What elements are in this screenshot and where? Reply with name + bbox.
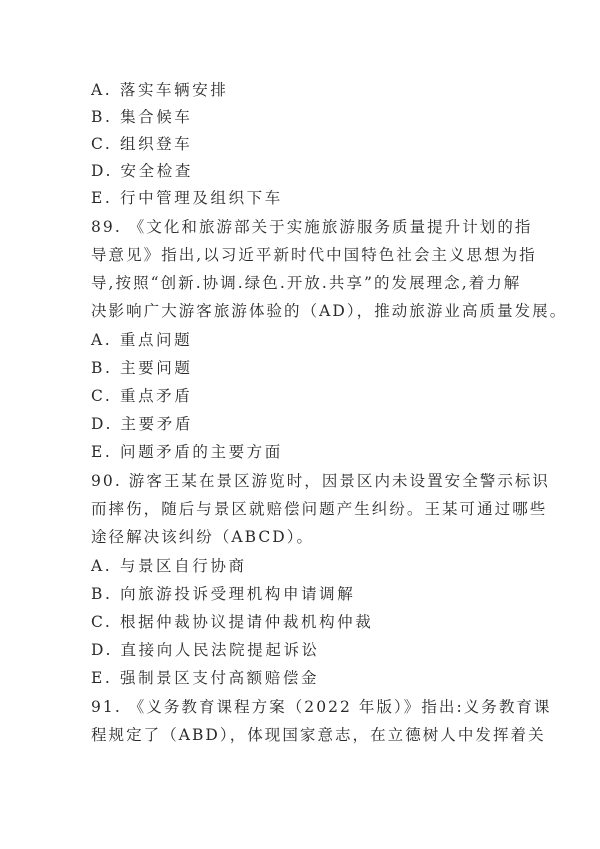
q89-option-d: D. 主要矛盾 — [91, 414, 511, 434]
q90-option-e: E. 强制景区支付高额赔偿金 — [91, 668, 511, 688]
q90-option-d: D. 直接向人民法院提起诉讼 — [91, 640, 511, 660]
q89-stem-line-2: 导意见》指出,以习近平新时代中国特色社会主义思想为指 — [91, 245, 511, 265]
q88-option-c: C. 组织登车 — [91, 134, 511, 154]
document-page: A. 落实车辆安排 B. 集合候车 C. 组织登车 D. 安全检查 E. 行中管… — [0, 0, 600, 849]
q91-stem-line-2: 程规定了（ABD），体现国家意志，在立德树人中发挥着关 — [91, 725, 511, 745]
q88-option-a: A. 落实车辆安排 — [91, 80, 511, 100]
q90-stem-line-2: 而摔伤，随后与景区就赔偿问题产生纠纷。王某可通过哪些 — [91, 499, 511, 519]
q89-option-c: C. 重点矛盾 — [91, 386, 511, 406]
q90-option-c: C. 根据仲裁协议提请仲裁机构仲裁 — [91, 612, 511, 632]
q90-stem-line-3: 途径解决该纠纷（ABCD）。 — [91, 527, 511, 547]
q88-option-b: B. 集合候车 — [91, 107, 511, 127]
q90-option-a: A. 与景区自行协商 — [91, 556, 511, 576]
q89-option-a: A. 重点问题 — [91, 330, 511, 350]
q90-stem-line-1: 90. 游客王某在景区游览时，因景区内未设置安全警示标识 — [91, 471, 511, 491]
q89-option-b: B. 主要问题 — [91, 358, 511, 378]
q89-stem-line-3: 导,按照“创新.协调.绿色.开放.共享”的发展理念,着力解 — [91, 273, 511, 293]
q91-stem-line-1: 91. 《义务教育课程方案（2022 年版）》指出:义务教育课 — [91, 697, 511, 717]
q90-option-b: B. 向旅游投诉受理机构申请调解 — [91, 584, 511, 604]
q89-stem-line-4: 决影响广大游客旅游体验的（AD），推动旅游业高质量发展。 — [91, 301, 511, 321]
q89-stem-line-1: 89. 《文化和旅游部关于实施旅游服务质量提升计划的指 — [91, 217, 511, 237]
q89-option-e: E. 问题矛盾的主要方面 — [91, 442, 511, 462]
q88-option-e: E. 行中管理及组织下车 — [91, 188, 511, 208]
q88-option-d: D. 安全检查 — [91, 161, 511, 181]
